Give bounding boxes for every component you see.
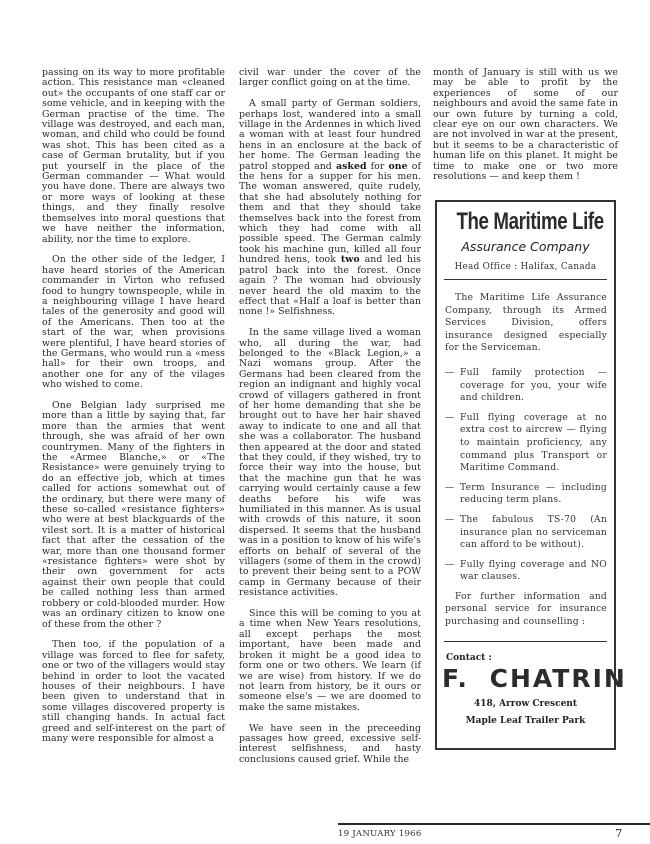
article-column-3: month of January is still with us we may… xyxy=(433,68,618,182)
ad-address-line-1: 418, Arrow Crescent xyxy=(437,696,614,713)
paragraph: In the same village lived a woman who, a… xyxy=(239,328,421,599)
dash-bullet-icon: — xyxy=(445,412,454,425)
article-column-1: passing on its way to more profitable ac… xyxy=(42,68,225,744)
bold-word: asked xyxy=(336,161,367,172)
dash-bullet-icon: — xyxy=(445,367,454,380)
ad-contact-divider xyxy=(444,641,607,642)
footer-date: 19 JANUARY 1966 xyxy=(338,829,422,839)
ad-address: 418, Arrow Crescent Maple Leaf Trailer P… xyxy=(437,696,614,730)
ad-contact-name: F. CHATRIN xyxy=(442,664,614,694)
text-run: for xyxy=(367,161,389,172)
article-column-2: civil war under the cover of the larger … xyxy=(239,68,421,765)
ad-feature-item: —Term Insurance — including reducing ter… xyxy=(445,482,607,507)
paragraph: civil war under the cover of the larger … xyxy=(239,68,421,89)
dash-bullet-icon: — xyxy=(445,514,454,527)
ad-intro: The Maritime Life Assurance Company, thr… xyxy=(445,292,607,355)
dash-bullet-icon: — xyxy=(445,559,454,572)
paragraph: On the other side of the ledger, I have … xyxy=(42,255,225,390)
ad-body: The Maritime Life Assurance Company, thr… xyxy=(445,292,607,629)
ad-feature-item: —The fabulous TS-70 (An insurance plan n… xyxy=(445,514,607,552)
paragraph: month of January is still with us we may… xyxy=(433,68,618,182)
paragraph: We have seen in the preceeding passages … xyxy=(239,724,421,766)
paragraph: passing on its way to more profitable ac… xyxy=(42,68,225,245)
ad-further-info: For further information and personal ser… xyxy=(445,591,607,629)
paragraph: Then too, if the population of a village… xyxy=(42,640,225,744)
page-number: 7 xyxy=(615,826,622,840)
ad-feature-item: —Full flying coverage at no extra cost t… xyxy=(445,412,607,475)
ad-feature-item: —Fully flying coverage and NO war clause… xyxy=(445,559,607,584)
paragraph: A small party of German soldiers, perhap… xyxy=(239,99,421,318)
ad-feature-item: —Full family protection — coverage for y… xyxy=(445,367,607,405)
bold-word: one xyxy=(389,161,408,172)
paragraph: One Belgian lady surprised me more than … xyxy=(42,401,225,630)
insurance-advertisement: The Maritime Life Assurance Company Head… xyxy=(435,200,616,750)
ad-divider xyxy=(444,279,607,280)
ad-head-office: Head Office : Halifax, Canada xyxy=(437,261,614,273)
ad-contact-label: Contact : xyxy=(446,652,614,664)
paragraph: Since this will be coming to you at a ti… xyxy=(239,609,421,713)
dash-bullet-icon: — xyxy=(445,482,454,495)
ad-company-title: The Maritime Life xyxy=(456,208,594,236)
footer-rule xyxy=(338,823,650,825)
ad-company-subtitle: Assurance Company xyxy=(437,239,614,255)
text-run: of the hens for a supper for his men. Th… xyxy=(239,161,421,266)
bold-word: two xyxy=(341,254,360,265)
ad-feature-list: —Full family protection — coverage for y… xyxy=(445,367,607,584)
text-run: and led his patrol back into the forest.… xyxy=(239,254,421,317)
ad-address-line-2: Maple Leaf Trailer Park xyxy=(437,713,614,730)
